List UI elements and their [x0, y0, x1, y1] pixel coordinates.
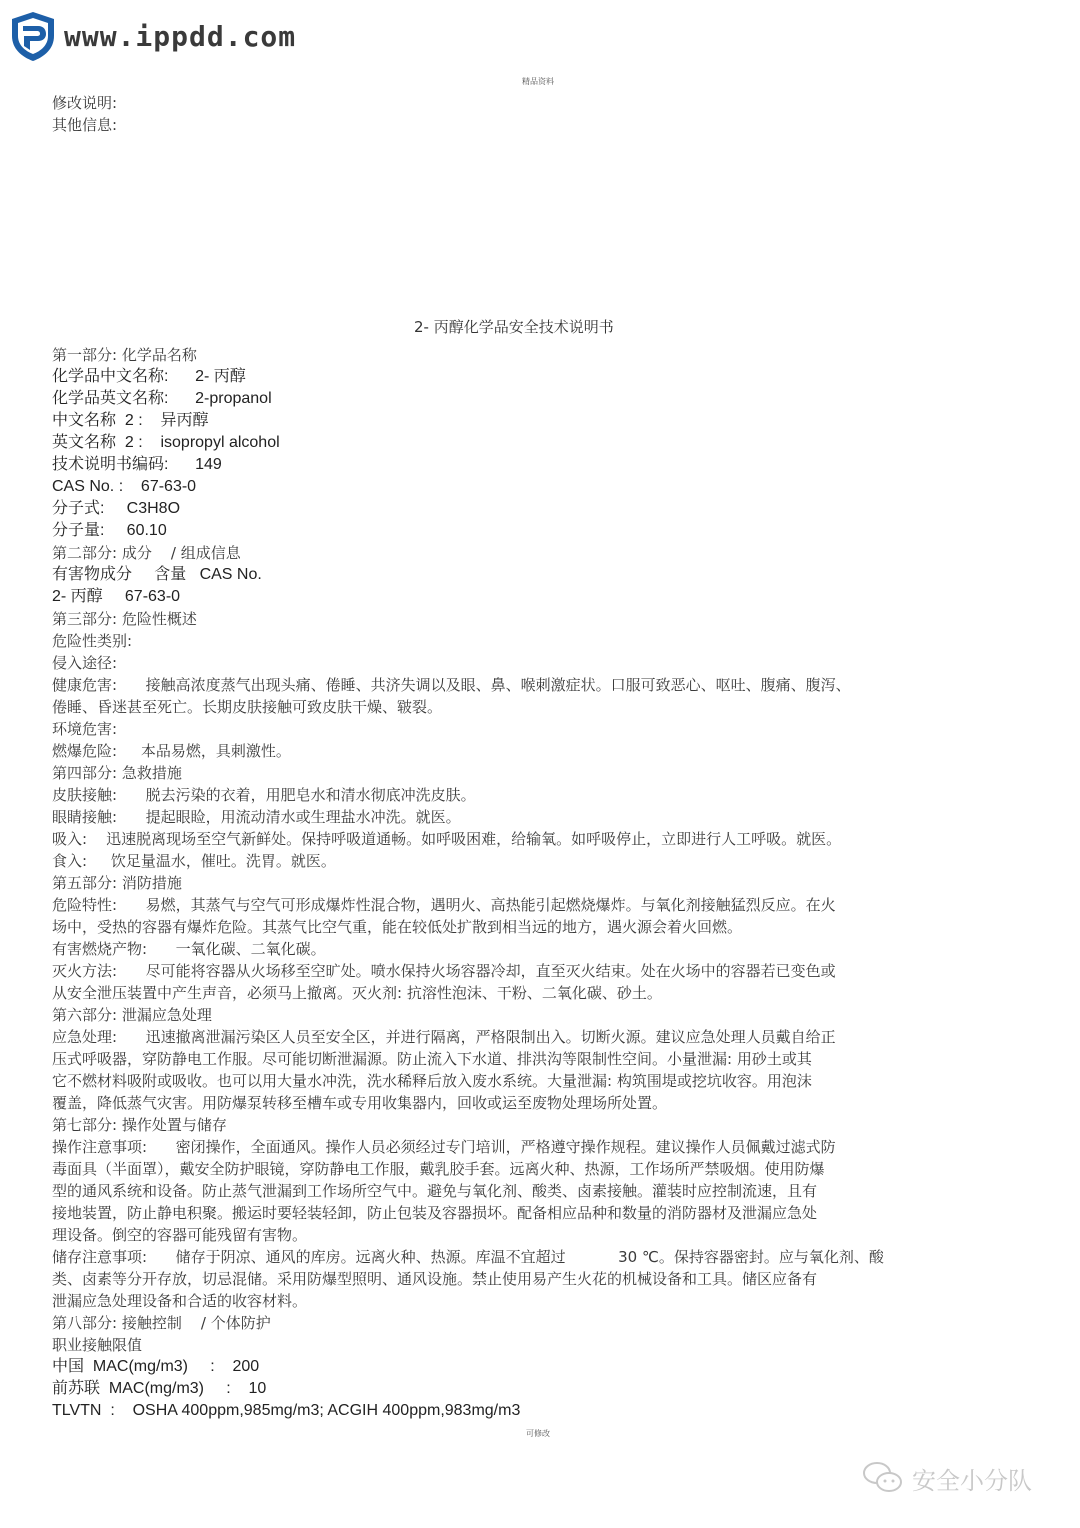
field-skin-contact: 皮肤接触: 脱去污染的衣着，用肥皂水和清水彻底冲洗皮肤。 — [52, 784, 884, 806]
header-note: 精品资料 — [522, 76, 554, 87]
field-mac-china: 中国 MAC(mg/m3) : 200 — [52, 1356, 884, 1378]
field-handling-cont-1: 毒面具（半面罩），戴安全防护眼镜，穿防静电工作服，戴乳胶手套。远离火种、热源，工… — [52, 1158, 884, 1180]
field-storage: 储存注意事项: 储存于阴凉、通风的库房。远离火种、热源。库温不宜超过 30 ℃。… — [52, 1246, 884, 1268]
section-1-heading: 第一部分: 化学品名称 — [52, 344, 884, 366]
field-handling: 操作注意事项: 密闭操作，全面通风。操作人员必须经过专门培训，严格遵守操作规程。… — [52, 1136, 884, 1158]
field-eye-contact: 眼睛接触: 提起眼睑，用流动清水或生理盐水冲洗。就医。 — [52, 806, 884, 828]
field-handling-cont-4: 理设备。倒空的容器可能残留有害物。 — [52, 1224, 884, 1246]
footer-note: 可修改 — [526, 1428, 550, 1439]
field-extinguish-method: 灭火方法: 尽可能将容器从火场移至空旷处。喷水保持火场容器冷却，直至灭火结束。处… — [52, 960, 884, 982]
field-en-name: 化学品英文名称: 2-propanol — [52, 388, 884, 410]
section-2-heading: 第二部分: 成分 / 组成信息 — [52, 542, 884, 564]
field-combustion-products: 有害燃烧产物: 一氧化碳、二氧化碳。 — [52, 938, 884, 960]
field-molecular-weight: 分子量: 60.10 — [52, 520, 884, 542]
field-hazard-property: 危险特性: 易燃，其蒸气与空气可形成爆炸性混合物，遇明火、高热能引起燃烧爆炸。与… — [52, 894, 884, 916]
field-hazard-class: 危险性类别: — [52, 630, 884, 652]
field-emergency: 应急处理: 迅速撤离泄漏污染区人员至安全区，并进行隔离，严格限制出入。切断火源。… — [52, 1026, 884, 1048]
field-emergency-cont-3: 覆盖，降低蒸气灾害。用防爆泵转移至槽车或专用收集器内，回收或运至废物处理场所处置… — [52, 1092, 884, 1114]
preface-revision: 修改说明: — [52, 92, 117, 114]
field-storage-cont-1: 类、卤素等分开存放，切忌混储。采用防爆型照明、通风设施。禁止使用易产生火花的机械… — [52, 1268, 884, 1290]
document-body: 第一部分: 化学品名称 化学品中文名称: 2- 丙醇 化学品英文名称: 2-pr… — [52, 344, 884, 1422]
section-7-heading: 第七部分: 操作处置与储存 — [52, 1114, 884, 1136]
composition-row: 2- 丙醇 67-63-0 — [52, 586, 884, 608]
preface: 修改说明: 其他信息: — [52, 92, 117, 136]
site-logo: www.ippdd.com — [10, 10, 296, 62]
field-exposure-limits: 职业接触限值 — [52, 1334, 884, 1356]
watermark-text: 安全小分队 — [912, 1461, 1032, 1496]
field-cn-name: 化学品中文名称: 2- 丙醇 — [52, 366, 884, 388]
field-tlvtn: TLVTN : OSHA 400ppm,985mg/m3; ACGIH 400p… — [52, 1400, 884, 1422]
wechat-watermark: 安全小分队 — [862, 1460, 1032, 1496]
field-mac-ussr: 前苏联 MAC(mg/m3) : 10 — [52, 1378, 884, 1400]
field-health-hazard: 健康危害: 接触高浓度蒸气出现头痛、倦睡、共济失调以及眼、鼻、喉刺激症状。口服可… — [52, 674, 884, 696]
wechat-icon — [862, 1460, 904, 1496]
section-8-heading: 第八部分: 接触控制 / 个体防护 — [52, 1312, 884, 1334]
field-emergency-cont-2: 它不燃材料吸附或吸收。也可以用大量水冲洗，洗水稀释后放入废水系统。大量泄漏: 构… — [52, 1070, 884, 1092]
field-hazard-property-cont: 场中，受热的容器有爆炸危险。其蒸气比空气重，能在较低处扩散到相当远的地方，遇火源… — [52, 916, 884, 938]
section-3-heading: 第三部分: 危险性概述 — [52, 608, 884, 630]
document-title: 2- 丙醇化学品安全技术说明书 — [414, 316, 614, 337]
shield-logo-icon — [10, 10, 56, 62]
field-en-name-2: 英文名称 2 : isopropyl alcohol — [52, 432, 884, 454]
field-handling-cont-2: 型的通风系统和设备。防止蒸气泄漏到工作场所空气中。避免与氧化剂、酸类、卤素接触。… — [52, 1180, 884, 1202]
field-formula: 分子式: C3H8O — [52, 498, 884, 520]
field-handling-cont-3: 接地装置，防止静电积聚。搬运时要轻装轻卸，防止包装及容器损坏。配备相应品种和数量… — [52, 1202, 884, 1224]
field-emergency-cont-1: 压式呼吸器，穿防静电工作服。尽可能切断泄漏源。防止流入下水道、排洪沟等限制性空间… — [52, 1048, 884, 1070]
composition-header: 有害物成分 含量 CAS No. — [52, 564, 884, 586]
field-explosion-hazard: 燃爆危险: 本品易燃，具刺激性。 — [52, 740, 884, 762]
field-ingestion: 食入: 饮足量温水，催吐。洗胃。就医。 — [52, 850, 884, 872]
field-env-hazard: 环境危害: — [52, 718, 884, 740]
field-cas-no: CAS No. : 67-63-0 — [52, 476, 884, 498]
field-exposure-route: 侵入途径: — [52, 652, 884, 674]
field-health-hazard-cont: 倦睡、昏迷甚至死亡。长期皮肤接触可致皮肤干燥、皲裂。 — [52, 696, 884, 718]
field-storage-cont-2: 泄漏应急处理设备和合适的收容材料。 — [52, 1290, 884, 1312]
preface-other-info: 其他信息: — [52, 114, 117, 136]
section-4-heading: 第四部分: 急救措施 — [52, 762, 884, 784]
field-inhalation: 吸入: 迅速脱离现场至空气新鲜处。保持呼吸道通畅。如呼吸困难，给输氧。如呼吸停止… — [52, 828, 884, 850]
section-6-heading: 第六部分: 泄漏应急处理 — [52, 1004, 884, 1026]
site-url: www.ippdd.com — [64, 20, 296, 53]
field-cn-name-2: 中文名称 2 : 异丙醇 — [52, 410, 884, 432]
section-5-heading: 第五部分: 消防措施 — [52, 872, 884, 894]
field-doc-code: 技术说明书编码: 149 — [52, 454, 884, 476]
field-extinguish-method-cont: 从安全泄压装置中产生声音，必须马上撤离。灭火剂: 抗溶性泡沫、干粉、二氧化碳、砂… — [52, 982, 884, 1004]
